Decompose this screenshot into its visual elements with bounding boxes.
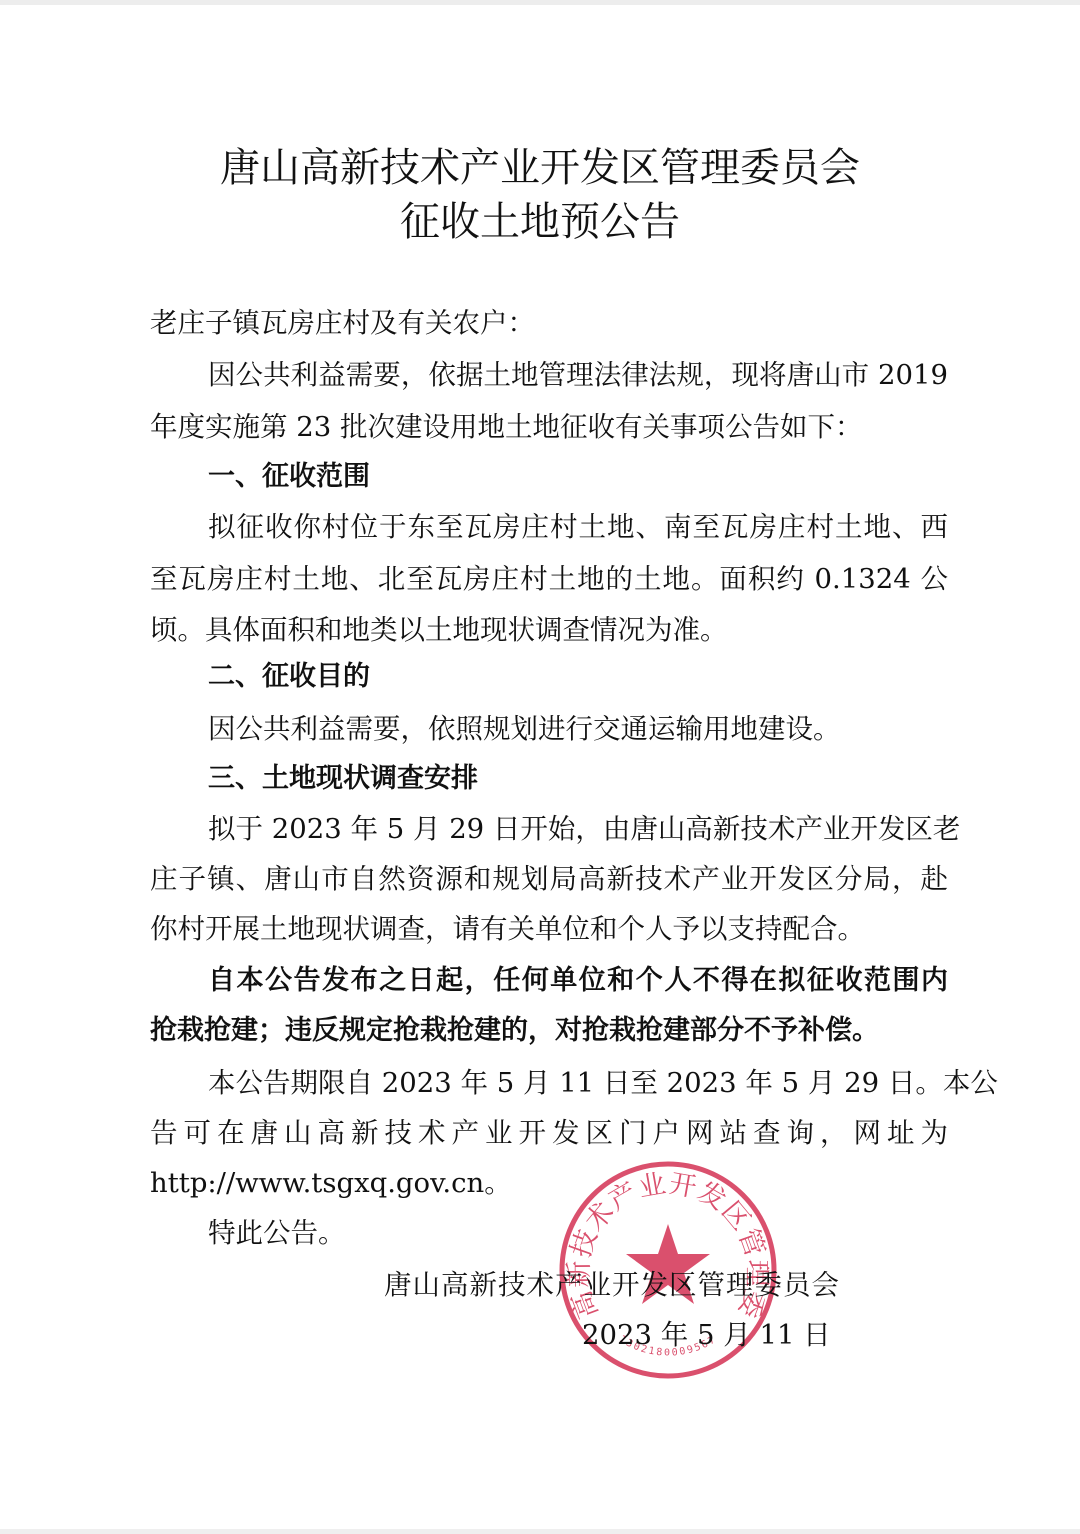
section-2-heading: 二、征收目的 bbox=[208, 654, 370, 693]
addressee: 老庄子镇瓦房庄村及有关农户： bbox=[150, 300, 535, 340]
section-3-heading: 三、土地现状调查安排 bbox=[208, 756, 478, 795]
intro-line-2: 年度实施第 23 批次建设用地土地征收有关事项公告如下： bbox=[150, 404, 862, 444]
warning-line-2: 抢栽抢建；违反规定抢栽抢建的，对抢栽抢建部分不予补偿。 bbox=[150, 1008, 879, 1047]
issue-date: 2023 年 5 月 11 日 bbox=[582, 1312, 831, 1352]
section-1-heading: 一、征收范围 bbox=[208, 454, 370, 493]
section-1-line-3: 顷。具体面积和地类以土地现状调查情况为准。 bbox=[150, 607, 728, 647]
section-3-line-2: 庄子镇、唐山市自然资源和规划局高新技术产业开发区分局，赴 bbox=[150, 856, 948, 896]
intro-line-1: 因公共利益需要，依据土地管理法律法规，现将唐山市 2019 bbox=[208, 352, 948, 392]
warning-line-1: 自本公告发布之日起，任何单位和个人不得在拟征收范围内 bbox=[208, 958, 948, 997]
title-line-2: 征收土地预公告 bbox=[0, 190, 1080, 247]
closing-text: 特此公告。 bbox=[208, 1210, 346, 1250]
page-edge-top bbox=[0, 0, 1080, 5]
title-line-1: 唐山高新技术产业开发区管理委员会 bbox=[0, 136, 1080, 193]
section-3-line-3: 你村开展土地现状调查，请有关单位和个人予以支持配合。 bbox=[150, 906, 865, 946]
section-1-line-1: 拟征收你村位于东至瓦房庄村土地、南至瓦房庄村土地、西 bbox=[208, 504, 948, 544]
website-url[interactable]: http://www.tsgxq.gov.cn。 bbox=[150, 1160, 512, 1200]
page-edge-bottom bbox=[0, 1529, 1080, 1534]
section-3-line-1: 拟于 2023 年 5 月 29 日开始，由唐山高新技术产业开发区老 bbox=[208, 806, 948, 846]
period-line-2: 告可在唐山高新技术产业开发区门户网站查询，网址为 bbox=[150, 1110, 948, 1150]
section-2-line-1: 因公共利益需要，依照规划进行交通运输用地建设。 bbox=[208, 706, 841, 746]
period-line-1: 本公告期限自 2023 年 5 月 11 日至 2023 年 5 月 29 日。… bbox=[208, 1060, 948, 1100]
issuer-name: 唐山高新技术产业开发区管理委员会 bbox=[384, 1262, 840, 1302]
section-1-line-2: 至瓦房庄村土地、北至瓦房庄村土地的土地。面积约 0.1324 公 bbox=[150, 556, 948, 596]
